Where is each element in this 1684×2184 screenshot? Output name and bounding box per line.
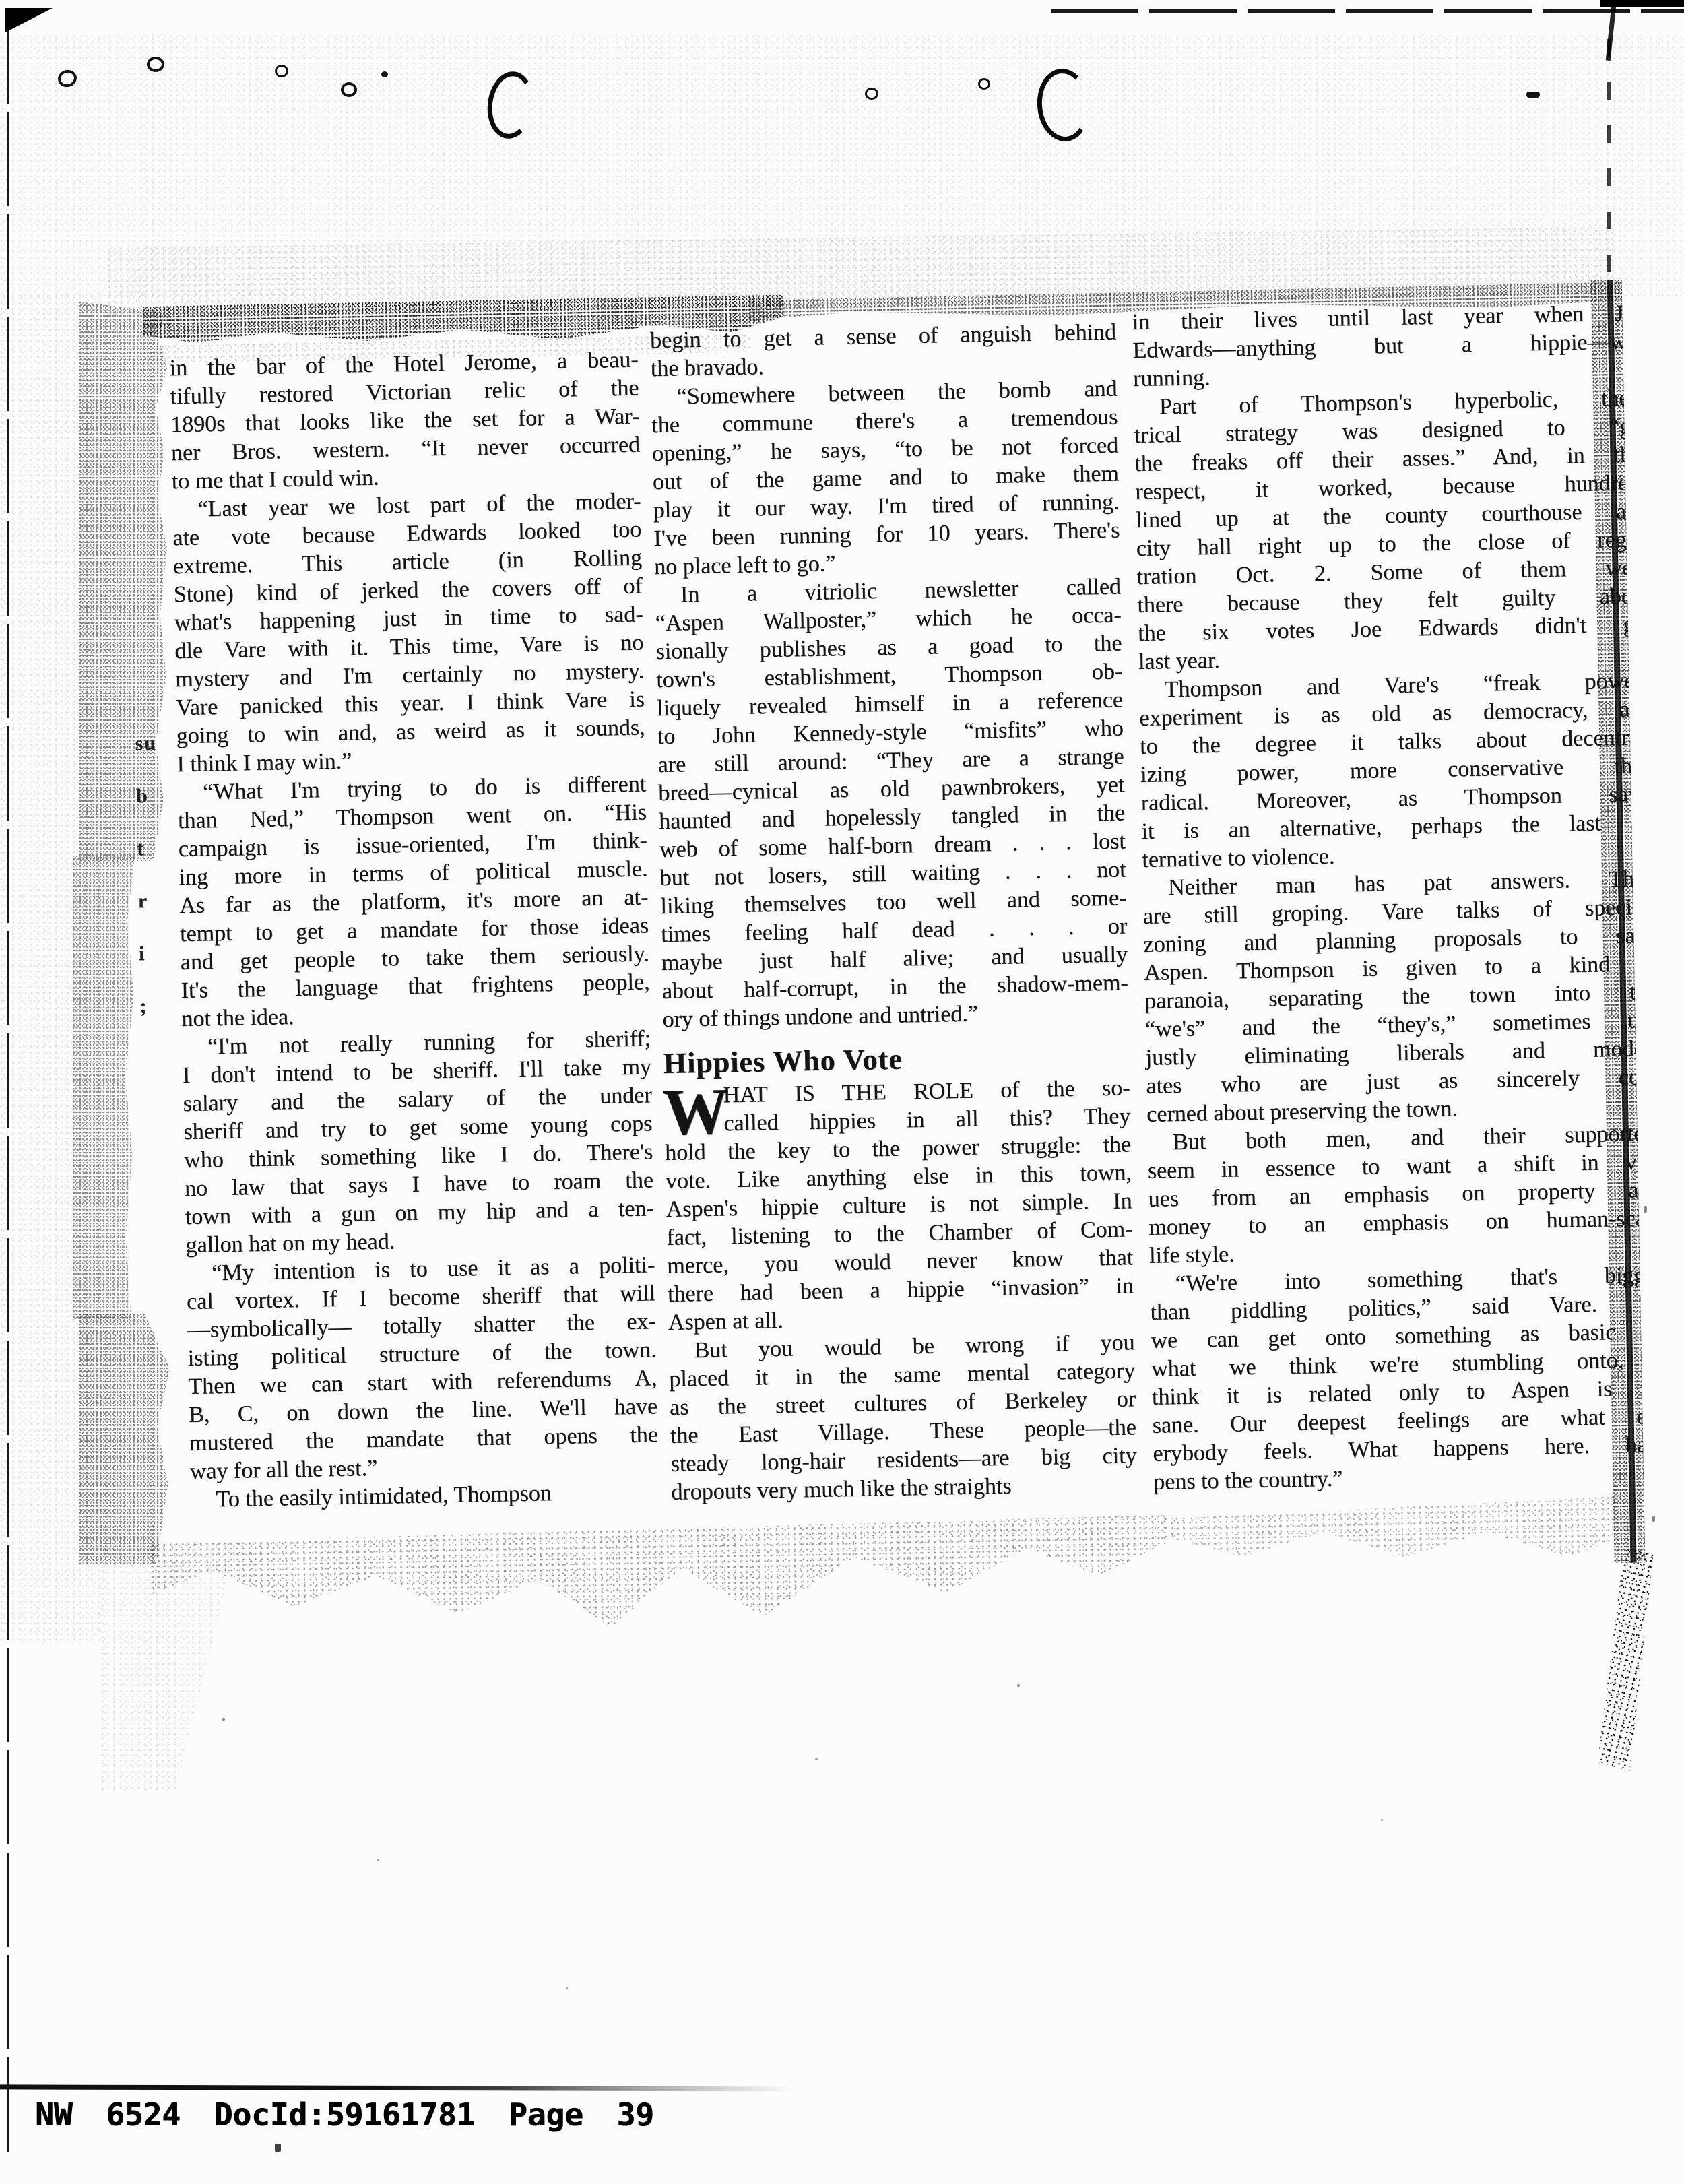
drop-cap-letter: W xyxy=(662,1084,729,1141)
newspaper-clipping: in the bar of the Hotel Jerome, a beau-t… xyxy=(143,280,1646,1590)
scan-artifact-ring xyxy=(341,82,357,97)
stray-speck xyxy=(566,1987,568,1989)
torn-edge-left-middle xyxy=(73,856,135,1320)
paragraph: “Somewhere between the bomb andthe commu… xyxy=(651,375,1120,582)
paragraph: WHAT IS THE ROLE of the so-called hippie… xyxy=(663,1074,1134,1337)
scan-artifact-ring xyxy=(978,78,990,90)
torn-edge-tail xyxy=(1558,1543,1682,1770)
scan-artifact-ring xyxy=(865,88,878,100)
paragraph: Thompson and Vare's “freak power”experim… xyxy=(1138,667,1645,874)
paragraph: begin to get a sense of anguish behindth… xyxy=(650,319,1117,384)
paragraph: But you would be wrong if youplaced it i… xyxy=(668,1328,1138,1507)
corner-mark-top-left xyxy=(5,8,53,32)
paragraph: In a vitriolic newsletter called“Aspen W… xyxy=(655,573,1129,1034)
paragraph: in their lives until last year when JoeE… xyxy=(1132,299,1645,393)
document-id-footer: NW 6524 DocId:59161781 Page 39 xyxy=(35,2096,654,2133)
column-3: in their lives until last year when JoeE… xyxy=(1132,299,1645,1497)
scan-artifact-ring xyxy=(147,57,164,72)
paragraph: “Last year we lost part of the moder-ate… xyxy=(172,488,646,779)
stray-speck xyxy=(1652,1516,1655,1522)
paragraph: But both men, and their supportersseem i… xyxy=(1147,1120,1646,1271)
stray-speck xyxy=(1644,1206,1647,1213)
stray-speck xyxy=(377,1859,379,1861)
paragraph: “We're into something that's biggerthan … xyxy=(1149,1261,1645,1497)
paragraph: “I'm not really running for sheriff;I do… xyxy=(182,1025,655,1260)
scan-line-top-right xyxy=(1051,9,1684,13)
torn-text-fragment: b xyxy=(136,781,162,812)
paragraph: Part of Thompson's hyperbolic, thea-tric… xyxy=(1134,384,1646,676)
stray-speck xyxy=(815,1758,818,1760)
torn-text-fragment: t xyxy=(137,834,163,864)
torn-text-fragment: ; xyxy=(139,992,166,1022)
torn-margin-fragments: subtri; xyxy=(135,729,166,1022)
stray-speck xyxy=(275,2144,281,2152)
torn-text-fragment: r xyxy=(137,887,164,917)
scan-artifact-dot xyxy=(1526,92,1540,98)
column-1: in the bar of the Hotel Jerome, a beau-t… xyxy=(169,346,659,1514)
paragraph: Neither man has pat answers. Theyare sti… xyxy=(1142,865,1646,1129)
torn-edge-left-lower xyxy=(79,1314,170,1564)
paragraph: “What I'm trying to do is differentthan … xyxy=(177,770,651,1033)
scanned-page: { "page": { "footer_id": "NW 6524 DocId:… xyxy=(0,0,1684,2184)
column-2: begin to get a sense of anguish behindth… xyxy=(650,319,1138,1507)
paragraph: “My intention is to use it as a politi-c… xyxy=(186,1251,659,1486)
torn-text-fragment: su xyxy=(135,729,161,759)
scan-artifact-dot xyxy=(381,71,388,77)
stray-speck xyxy=(1017,1684,1020,1687)
stray-speck xyxy=(1381,1819,1383,1821)
paragraph: in the bar of the Hotel Jerome, a beau-t… xyxy=(169,346,641,496)
scan-artifact-ring xyxy=(275,65,288,77)
footer-rule xyxy=(0,2084,835,2091)
stray-speck xyxy=(222,1718,225,1721)
torn-text-fragment: i xyxy=(139,939,165,969)
